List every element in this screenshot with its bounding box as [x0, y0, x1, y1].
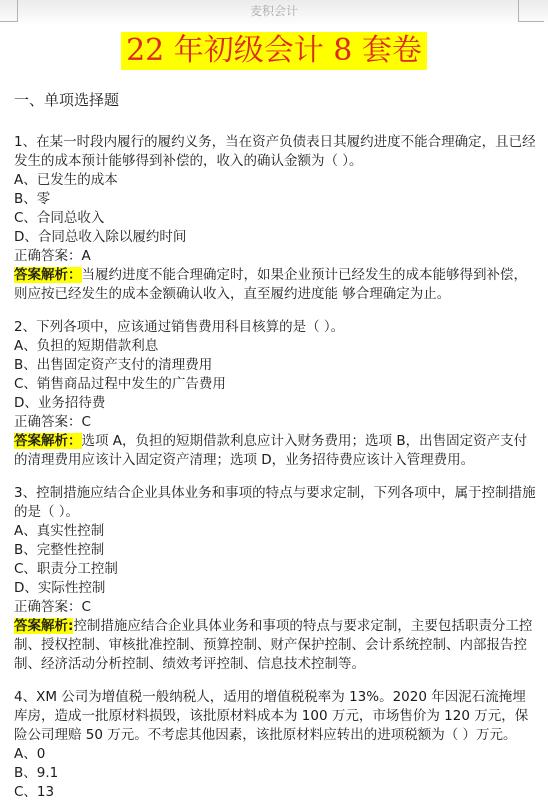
question-text: 1、在某一时段内履行的履约义务，当在资产负债表日其履约进度不能合理确定，且已经发… — [14, 133, 538, 171]
title-row: 22 年初级会计 8 套卷 — [0, 32, 548, 70]
option-a: A、真实性控制 — [14, 522, 538, 541]
question-text: 3、控制措施应结合企业具体业务和事项的特点与要求定制，下列各项中，属于控制措施的… — [14, 484, 538, 522]
option-c: C、合同总收入 — [14, 209, 538, 228]
analysis-paragraph: 答案解析:控制措施应结合企业具体业务和事项的特点与要求定制，主要包括职责分工控制… — [14, 617, 538, 674]
option-b: B、9.1 — [14, 764, 538, 783]
option-b: B、出售固定资产支付的清理费用 — [14, 356, 538, 375]
document-page: 麦积会计 22 年初级会计 8 套卷 一、单项选择题 1、在某一时段内履行的履约… — [0, 0, 548, 806]
question-text: 2、下列各项中，应该通过销售费用科目核算的是（ ）。 — [14, 318, 538, 337]
section-heading: 一、单项选择题 — [14, 91, 538, 110]
header-watermark-text: 麦积会计 — [250, 4, 298, 18]
correct-answer: 正确答案：C — [14, 598, 538, 617]
questions-container: 1、在某一时段内履行的履约义务，当在资产负债表日其履约进度不能合理确定，且已经发… — [0, 133, 548, 802]
analysis-text: 当履约进度不能合理确定时，如果企业预计已经发生的成本能够得到补偿，则应按已经发生… — [14, 267, 527, 302]
analysis-text: 选项 A，负担的短期借款利息应计入财务费用；选项 B，出售固定资产支付的清理费用… — [14, 433, 527, 468]
question-block-3: 3、控制措施应结合企业具体业务和事项的特点与要求定制，下列各项中，属于控制措施的… — [14, 484, 538, 674]
page-header: 麦积会计 — [0, 0, 548, 18]
analysis-label: 答案解析: — [14, 618, 73, 634]
correct-answer: 正确答案：A — [14, 247, 538, 266]
question-block-1: 1、在某一时段内履行的履约义务，当在资产负债表日其履约进度不能合理确定，且已经发… — [14, 133, 538, 304]
option-b: B、完整性控制 — [14, 541, 538, 560]
option-c: C、职责分工控制 — [14, 560, 538, 579]
option-c: C、销售商品过程中发生的广告费用 — [14, 375, 538, 394]
option-a: A、负担的短期借款利息 — [14, 337, 538, 356]
correct-answer: 正确答案：C — [14, 413, 538, 432]
analysis-label: 答案解析： — [14, 267, 82, 283]
option-d: D、实际性控制 — [14, 579, 538, 598]
option-b: B、零 — [14, 190, 538, 209]
document-title: 22 年初级会计 8 套卷 — [121, 32, 427, 70]
option-d: D、合同总收入除以履约时间 — [14, 228, 538, 247]
analysis-label: 答案解析： — [14, 433, 82, 449]
margin-mark-top-left-horizontal — [0, 21, 17, 22]
option-a: A、0 — [14, 745, 538, 764]
analysis-text: 控制措施应结合企业具体业务和事项的特点与要求定制，主要包括职责分工控制、授权控制… — [14, 618, 532, 672]
analysis-paragraph: 答案解析：当履约进度不能合理确定时，如果企业预计已经发生的成本能够得到补偿，则应… — [14, 266, 538, 304]
analysis-paragraph: 答案解析：选项 A，负担的短期借款利息应计入财务费用；选项 B，出售固定资产支付… — [14, 432, 538, 470]
option-d: D、业务招待费 — [14, 394, 538, 413]
option-a: A、已发生的成本 — [14, 171, 538, 190]
margin-mark-top-right-horizontal — [518, 21, 544, 22]
option-c: C、13 — [14, 783, 538, 802]
question-block-4: 4、XM 公司为增值税一般纳税人，适用的增值税税率为 13%。2020 年因泥石… — [14, 688, 538, 802]
question-block-2: 2、下列各项中，应该通过销售费用科目核算的是（ ）。 A、负担的短期借款利息 B… — [14, 318, 538, 470]
question-text: 4、XM 公司为增值税一般纳税人，适用的增值税税率为 13%。2020 年因泥石… — [14, 688, 538, 745]
